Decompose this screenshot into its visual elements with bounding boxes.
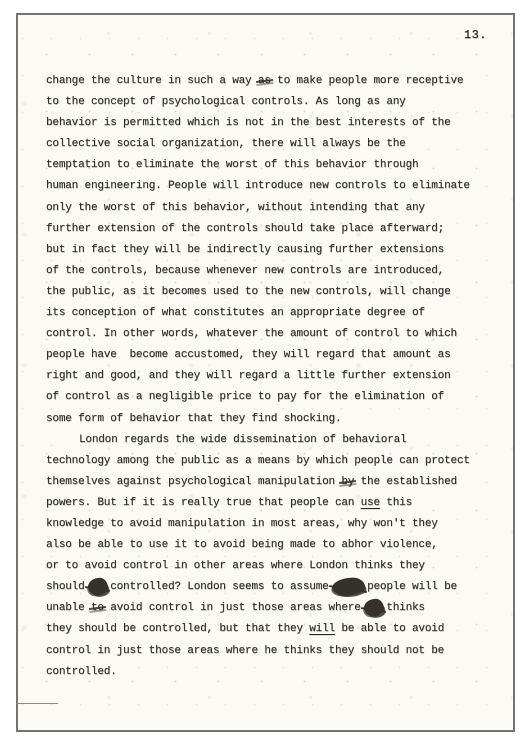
ink-blot-word: be (91, 581, 104, 593)
text-segment: they should be controlled, but that they (46, 623, 309, 635)
text-line: also be able to use it to avoid being ma… (46, 535, 498, 556)
text-segment: avoid control in just those areas where (104, 602, 367, 614)
text-segment: its conception of what constitutes an ap… (46, 307, 425, 319)
text-line: only the worst of this behavior, without… (46, 198, 498, 219)
text-line: control. In other words, whatever the am… (46, 324, 498, 345)
text-segment: also be able to use it to avoid being ma… (46, 539, 438, 551)
text-segment: the public, as it becomes used to the ne… (46, 286, 451, 298)
text-line: powers. But if it is really true that pe… (46, 493, 498, 514)
text-segment: knowledge to avoid manipulation in most … (46, 518, 438, 530)
text-segment: be able to avoid (335, 623, 444, 635)
bottom-left-rule (16, 703, 58, 704)
text-line: control in just those areas where he thi… (46, 641, 498, 662)
text-segment: to the concept of psychological controls… (46, 96, 406, 108)
text-segment: controlled? London seems to assume (104, 581, 335, 593)
text-segment: technology among the public as a means b… (46, 455, 470, 467)
text-line: change the culture in such a way as to m… (46, 71, 498, 92)
text-segment: to make people more receptive (271, 75, 464, 87)
text-line: controlled. (46, 662, 498, 683)
text-line: unable to avoid control in just those ar… (46, 598, 498, 619)
text-line: the public, as it becomes used to the ne… (46, 282, 498, 303)
text-segment: only the worst of this behavior, without… (46, 202, 425, 214)
text-segment: thinks (380, 602, 425, 614)
text-segment: right and good, and they will regard a l… (46, 370, 451, 382)
text-segment: collective social organization, there wi… (46, 138, 406, 150)
document-text: change the culture in such a way as to m… (46, 71, 498, 683)
text-segment: human engineering. People will introduce… (46, 180, 470, 192)
text-segment: but in fact they will be indirectly caus… (46, 244, 444, 256)
text-line: to the concept of psychological controls… (46, 92, 498, 113)
text-segment: people will be (361, 581, 457, 593)
text-segment: or to avoid control in other areas where… (46, 560, 425, 572)
page-frame: 13. change the culture in such a way as … (16, 13, 515, 732)
text-line: people have become accustomed, they will… (46, 345, 498, 366)
ink-blot-word: he (367, 602, 380, 614)
text-line: technology among the public as a means b… (46, 451, 498, 472)
text-segment: unable (46, 602, 91, 614)
overstruck-word: to (91, 602, 104, 614)
text-line: knowledge to avoid manipulation in most … (46, 514, 498, 535)
text-line: themselves against psychological manipul… (46, 472, 498, 493)
text-segment: some form of behavior that they find sho… (46, 413, 341, 425)
text-line: or to avoid control in other areas where… (46, 556, 498, 577)
text-line: of control as a negligible price to pay … (46, 387, 498, 408)
text-line: right and good, and they will regard a l… (46, 366, 498, 387)
text-segment: people have become accustomed, they will… (46, 349, 451, 361)
ink-blot-word: that (335, 581, 361, 593)
text-segment: of control as a negligible price to pay … (46, 391, 444, 403)
text-segment: controlled. (46, 666, 117, 678)
text-line: collective social organization, there wi… (46, 134, 498, 155)
underlined-word: use (361, 497, 380, 509)
text-segment: further extension of the controls should… (46, 223, 444, 235)
text-segment: powers. But if it is really true that pe… (46, 497, 361, 509)
text-segment: this (380, 497, 412, 509)
text-line: human engineering. People will introduce… (46, 176, 498, 197)
text-line: behavior is permitted which is not in th… (46, 113, 498, 134)
text-line: they should be controlled, but that they… (46, 619, 498, 640)
overstruck-word: as (258, 75, 271, 87)
text-line: further extension of the controls should… (46, 219, 498, 240)
text-segment: themselves against psychological manipul… (46, 476, 341, 488)
page-number: 13. (464, 28, 487, 42)
text-segment: the established (354, 476, 457, 488)
text-line: of the controls, because whenever new co… (46, 261, 498, 282)
text-line: but in fact they will be indirectly caus… (46, 240, 498, 261)
text-line: temptation to eliminate the worst of thi… (46, 155, 498, 176)
text-segment: temptation to eliminate the worst of thi… (46, 159, 418, 171)
text-segment: of the controls, because whenever new co… (46, 265, 444, 277)
text-segment: control in just those areas where he thi… (46, 645, 444, 657)
text-segment: control. In other words, whatever the am… (46, 328, 457, 340)
text-segment: behavior is permitted which is not in th… (46, 117, 451, 129)
text-segment: London regards the wide dissemination of… (79, 434, 406, 446)
scanned-document-page: 13. change the culture in such a way as … (0, 0, 531, 750)
text-line: should be controlled? London seems to as… (46, 577, 498, 598)
text-segment: change the culture in such a way (46, 75, 258, 87)
underlined-word: will (309, 623, 335, 635)
text-line: London regards the wide dissemination of… (46, 430, 498, 451)
overstruck-word: by (341, 476, 354, 488)
text-line: some form of behavior that they find sho… (46, 409, 498, 430)
text-line: its conception of what constitutes an ap… (46, 303, 498, 324)
